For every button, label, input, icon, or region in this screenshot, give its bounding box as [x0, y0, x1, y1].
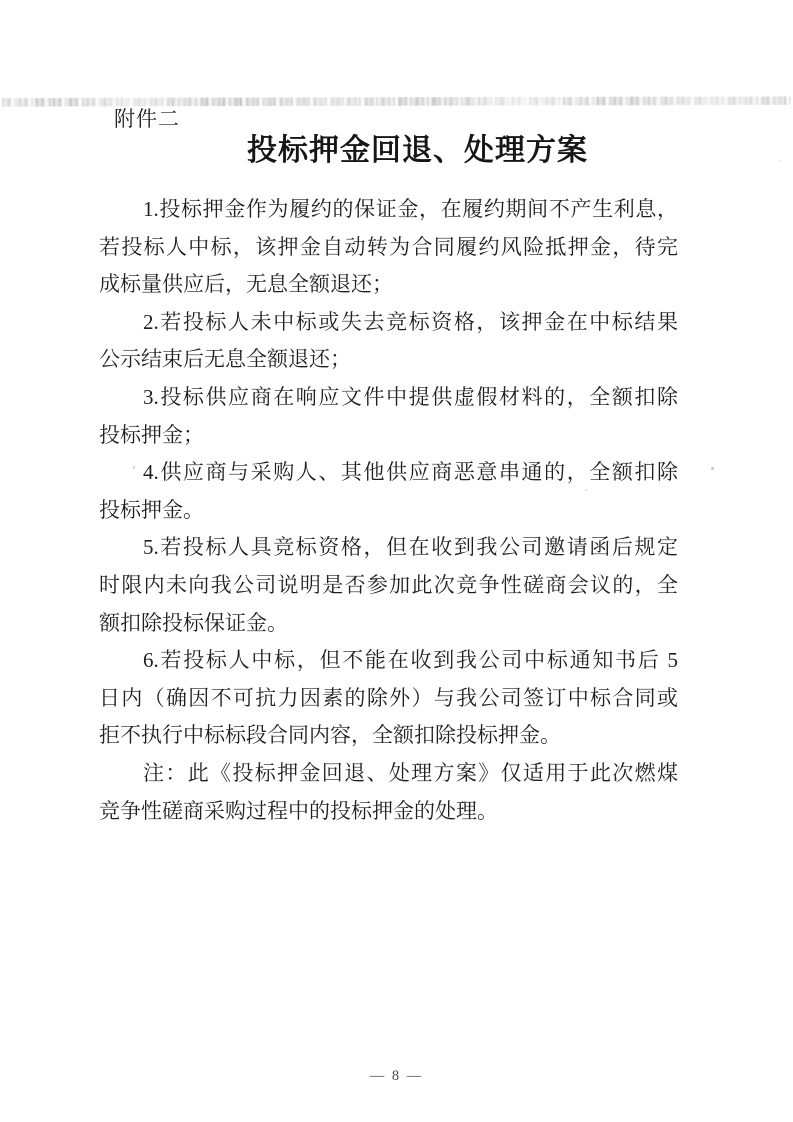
document-body: 1.投标押金作为履约的保证金，在履约期间不产生利息， 若投标人中标，该押金自动转… — [99, 191, 678, 830]
clause-6-line-2: 日内（确因不可抗力因素的除外）与我公司签订中标合同或 — [99, 680, 678, 718]
note-line-2: 竞争性磋商采购过程中的投标押金的处理。 — [99, 793, 678, 831]
scan-speck — [133, 466, 135, 469]
document-title: 投标押金回退、处理方案 — [0, 130, 793, 172]
clause-3: 3.投标供应商在响应文件中提供虚假材料的，全额扣除 投标押金； — [99, 379, 678, 454]
clause-3-line-2: 投标押金； — [99, 417, 678, 455]
scan-speck — [779, 160, 781, 162]
clause-2-line-2: 公示结束后无息全额退还； — [99, 341, 678, 379]
scan-speck — [585, 489, 587, 491]
clause-4: 4.供应商与采购人、其他供应商恶意串通的，全额扣除 投标押金。 — [99, 454, 678, 529]
clause-5: 5.若投标人具竞标资格，但在收到我公司邀请函后规定 时限内未向我公司说明是否参加… — [99, 529, 678, 642]
page-number: — 8 — — [0, 1068, 793, 1085]
clause-5-line-2: 时限内未向我公司说明是否参加此次竞争性磋商会议的，全 — [99, 567, 678, 605]
clause-2: 2.若投标人未中标或失去竞标资格，该押金在中标结果 公示结束后无息全额退还； — [99, 304, 678, 379]
clause-1-line-3: 成标量供应后，无息全额退还； — [99, 266, 678, 304]
clause-5-line-1: 5.若投标人具竞标资格，但在收到我公司邀请函后规定 — [99, 529, 678, 567]
clause-1: 1.投标押金作为履约的保证金，在履约期间不产生利息， 若投标人中标，该押金自动转… — [99, 191, 678, 304]
clause-1-line-1: 1.投标押金作为履约的保证金，在履约期间不产生利息， — [99, 191, 678, 229]
scan-speck — [711, 467, 714, 470]
note: 注：此《投标押金回退、处理方案》仅适用于此次燃煤 竞争性磋商采购过程中的投标押金… — [99, 755, 678, 830]
clause-6-line-1: 6.若投标人中标，但不能在收到我公司中标通知书后 5 — [99, 642, 678, 680]
clause-3-line-1: 3.投标供应商在响应文件中提供虚假材料的，全额扣除 — [99, 379, 678, 417]
clause-4-line-2: 投标押金。 — [99, 492, 678, 530]
clause-6: 6.若投标人中标，但不能在收到我公司中标通知书后 5 日内（确因不可抗力因素的除… — [99, 642, 678, 755]
clause-6-line-3: 拒不执行中标标段合同内容，全额扣除投标押金。 — [99, 717, 678, 755]
clause-4-line-1: 4.供应商与采购人、其他供应商恶意串通的，全额扣除 — [99, 454, 678, 492]
clause-5-line-3: 额扣除投标保证金。 — [99, 605, 678, 643]
note-line-1: 注：此《投标押金回退、处理方案》仅适用于此次燃煤 — [99, 755, 678, 793]
document-page: 附件二 投标押金回退、处理方案 1.投标押金作为履约的保证金，在履约期间不产生利… — [0, 0, 793, 1122]
clause-1-line-2: 若投标人中标，该押金自动转为合同履约风险抵押金，待完 — [99, 229, 678, 267]
clause-2-line-1: 2.若投标人未中标或失去竞标资格，该押金在中标结果 — [99, 304, 678, 342]
